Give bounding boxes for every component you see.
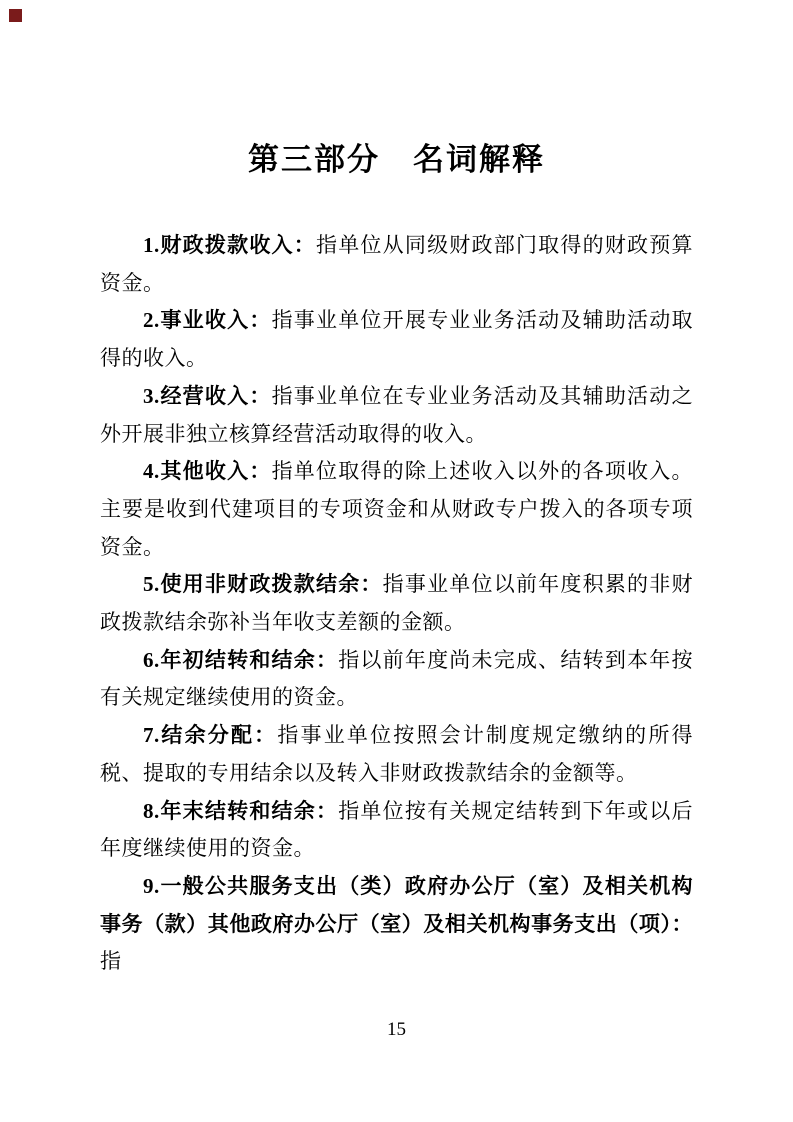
definition-item: 4.其他收入：指单位取得的除上述收入以外的各项收入。主要是收到代建项目的专项资金…: [100, 453, 693, 566]
definition-desc: 指: [100, 949, 122, 973]
definition-term: 9.一般公共服务支出（类）政府办公厅（室）及相关机构事务（款）其他政府办公厅（室…: [100, 874, 693, 936]
definition-term: 7.结余分配：: [143, 723, 277, 747]
definition-term: 5.使用非财政拨款结余：: [143, 572, 383, 596]
definition-term: 3.经营收入：: [143, 384, 272, 408]
definition-item: 2.事业收入：指事业单位开展专业业务活动及辅助活动取得的收入。: [100, 302, 693, 377]
definition-term: 1.财政拨款收入：: [143, 233, 316, 257]
definitions-list: 1.财政拨款收入：指单位从同级财政部门取得的财政预算资金。2.事业收入：指事业单…: [100, 227, 693, 981]
definition-term: 2.事业收入：: [143, 308, 272, 332]
definition-item: 3.经营收入：指事业单位在专业业务活动及其辅助活动之外开展非独立核算经营活动取得…: [100, 378, 693, 453]
definition-term: 4.其他收入：: [143, 459, 272, 483]
document-page: 第三部分 名词解释 1.财政拨款收入：指单位从同级财政部门取得的财政预算资金。2…: [0, 0, 793, 1122]
page-number: 15: [0, 1016, 793, 1044]
definition-term: 8.年末结转和结余：: [143, 799, 338, 823]
definition-item: 8.年末结转和结余：指单位按有关规定结转到下年或以后年度继续使用的资金。: [100, 793, 693, 868]
definition-item: 5.使用非财政拨款结余：指事业单位以前年度积累的非财政拨款结余弥补当年收支差额的…: [100, 566, 693, 641]
definition-term: 6.年初结转和结余：: [143, 648, 338, 672]
definition-item: 1.财政拨款收入：指单位从同级财政部门取得的财政预算资金。: [100, 227, 693, 302]
page-title: 第三部分 名词解释: [0, 141, 793, 179]
corner-mark: [9, 9, 22, 22]
definition-item: 7.结余分配：指事业单位按照会计制度规定缴纳的所得税、提取的专用结余以及转入非财…: [100, 717, 693, 792]
definition-item: 6.年初结转和结余：指以前年度尚未完成、结转到本年按有关规定继续使用的资金。: [100, 642, 693, 717]
definition-item: 9.一般公共服务支出（类）政府办公厅（室）及相关机构事务（款）其他政府办公厅（室…: [100, 868, 693, 981]
